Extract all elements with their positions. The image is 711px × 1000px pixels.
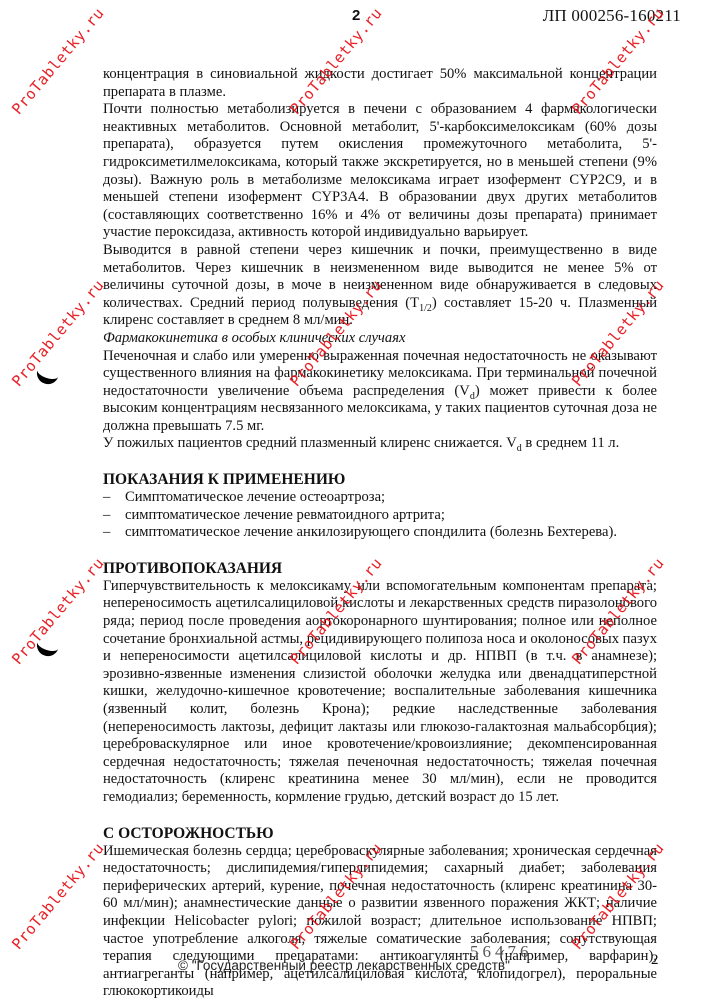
pk-paragraph-metabolism: Почти полностью метаболизируется в печен… bbox=[103, 101, 657, 242]
cautions-heading: С ОСТОРОЖНОСТЬЮ bbox=[103, 825, 657, 843]
watermark: ProTabletky.ru bbox=[8, 554, 108, 668]
contraindications-text: Гиперчувствительность к мелоксикаму или … bbox=[103, 578, 657, 807]
half-life-subscript: 1/2 bbox=[419, 303, 432, 314]
footer-copyright: © "Государственный реестр лекарственных … bbox=[178, 958, 510, 973]
footer-page-number: 2 bbox=[651, 952, 659, 969]
dash-bullet-icon: – bbox=[103, 524, 110, 542]
indication-item: –симптоматическое лечение анкилозирующег… bbox=[103, 524, 657, 542]
dash-bullet-icon: – bbox=[103, 489, 110, 507]
watermark: ProTabletky.ru bbox=[8, 839, 108, 953]
watermark: ProTabletky.ru bbox=[8, 4, 108, 118]
pk-paragraph-1: концентрация в синовиальной жидкости дос… bbox=[103, 66, 657, 101]
spacer bbox=[103, 453, 657, 471]
indications-heading: ПОКАЗАНИЯ К ПРИМЕНЕНИЮ bbox=[103, 471, 657, 489]
pk-elderly-text-b: в среднем 11 л. bbox=[522, 435, 619, 451]
document-page: 2 ЛП 000256-160211 концентрация в синови… bbox=[0, 0, 711, 1000]
indication-text: симптоматическое лечение ревматоидного а… bbox=[125, 507, 445, 523]
indications-list: –Симптоматическое лечение остеоартроза; … bbox=[103, 489, 657, 542]
spacer bbox=[103, 807, 657, 825]
indication-item: –Симптоматическое лечение остеоартроза; bbox=[103, 489, 657, 507]
indication-text: симптоматическое лечение анкилозирующего… bbox=[125, 524, 617, 540]
document-body: концентрация в синовиальной жидкости дос… bbox=[103, 66, 657, 1000]
pk-special-cases-subheading: Фармакокинетика в особых клинических слу… bbox=[103, 330, 657, 348]
spacer bbox=[103, 542, 657, 560]
cautions-text: Ишемическая болезнь сердца; цереброваску… bbox=[103, 843, 657, 1000]
dash-bullet-icon: – bbox=[103, 507, 110, 525]
pk-elderly-text-a: У пожилых пациентов средний плазменный к… bbox=[103, 435, 517, 451]
indication-text: Симптоматическое лечение остеоартроза; bbox=[125, 489, 385, 505]
pk-paragraph-elderly: У пожилых пациентов средний плазменный к… bbox=[103, 435, 657, 453]
indication-item: –симптоматическое лечение ревматоидного … bbox=[103, 507, 657, 525]
pk-paragraph-renal: Печеночная и слабо или умеренно выраженн… bbox=[103, 348, 657, 436]
